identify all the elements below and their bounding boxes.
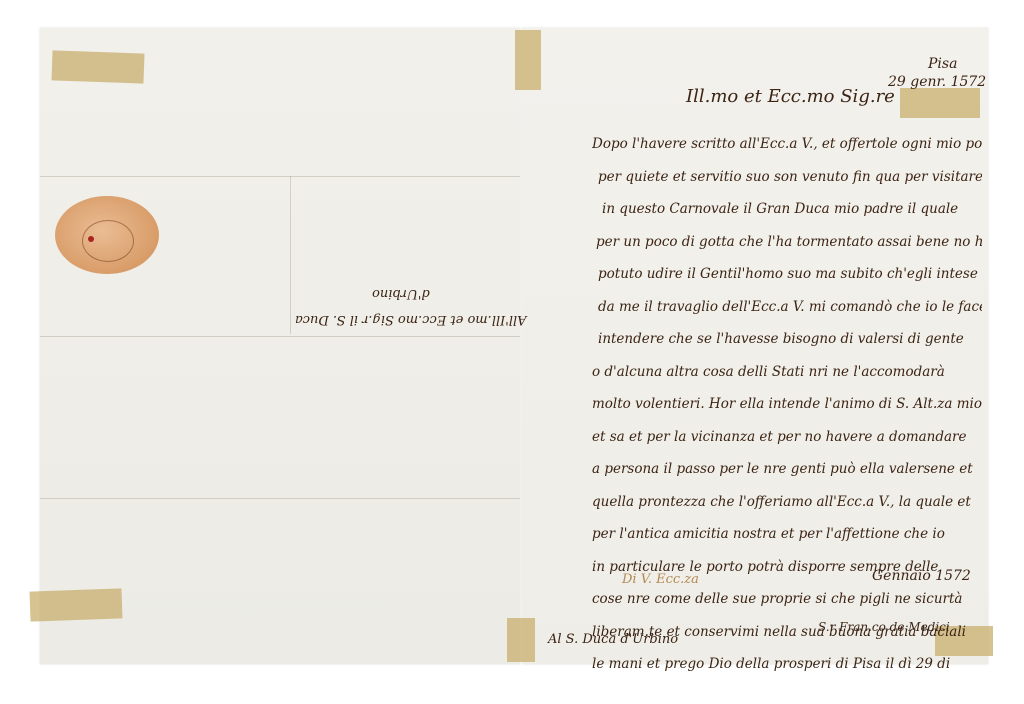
tape-strip [507,618,535,662]
fold-line [40,498,520,499]
signature: S.r Fran.co de Medici [818,620,950,634]
tape-strip [52,50,145,83]
fold-line [290,176,291,334]
body-line: le mani et prego Dio della prosperi di P… [592,648,982,681]
body-line: intendere che se l'havesse bisogno di va… [592,323,982,356]
closing-faded: Di V. Ecc.za [622,572,699,587]
tape-strip [30,588,123,621]
tape-strip [900,88,980,118]
body-line: per quiete et servitio suo son venuto fi… [592,161,982,194]
letter-body: Dopo l'havere scritto all'Ecc.a V., et o… [592,128,982,681]
body-line: molto volentieri. Hor ella intende l'ani… [592,388,982,421]
letter-left-half [40,28,520,664]
address-reverse-line2: d'Urbino [372,286,430,301]
body-line: per un poco di gotta che l'ha tormentato… [592,226,982,259]
body-line: da me il travaglio dell'Ecc.a V. mi coma… [592,291,982,324]
body-line: a persona il passo per le nre genti può … [592,453,982,486]
body-line: in questo Carnovale il Gran Duca mio pad… [592,193,982,226]
tape-strip [515,30,541,90]
wax-seal-mark [88,236,94,242]
fold-line [40,336,520,337]
body-line: et sa et per la vicinanza et per no have… [592,421,982,454]
body-line: Dopo l'havere scritto all'Ecc.a V., et o… [592,128,982,161]
body-line: cose nre come delle sue proprie si che p… [592,583,982,616]
body-line: per l'antica amicitia nostra et per l'af… [592,518,982,551]
salutation: Ill.mo et Ecc.mo Sig.re [686,86,895,107]
place-label: Pisa [928,56,957,72]
fold-line [40,176,520,177]
body-line: potuto udire il Gentil'homo suo ma subit… [592,258,982,291]
body-line: quella prontezza che l'offeriamo all'Ecc… [592,486,982,519]
address-bottom: Al S. Duca d'Urbino [548,632,678,647]
body-line: o d'alcuna altra cosa delli Stati nri ne… [592,356,982,389]
closing-date: Gennaio 1572 [872,568,971,584]
date-label: 29 genr. 1572 [888,74,986,90]
address-reverse-line1: All'Ill.mo et Ecc.mo Sig.r il S. Duca [295,312,527,327]
